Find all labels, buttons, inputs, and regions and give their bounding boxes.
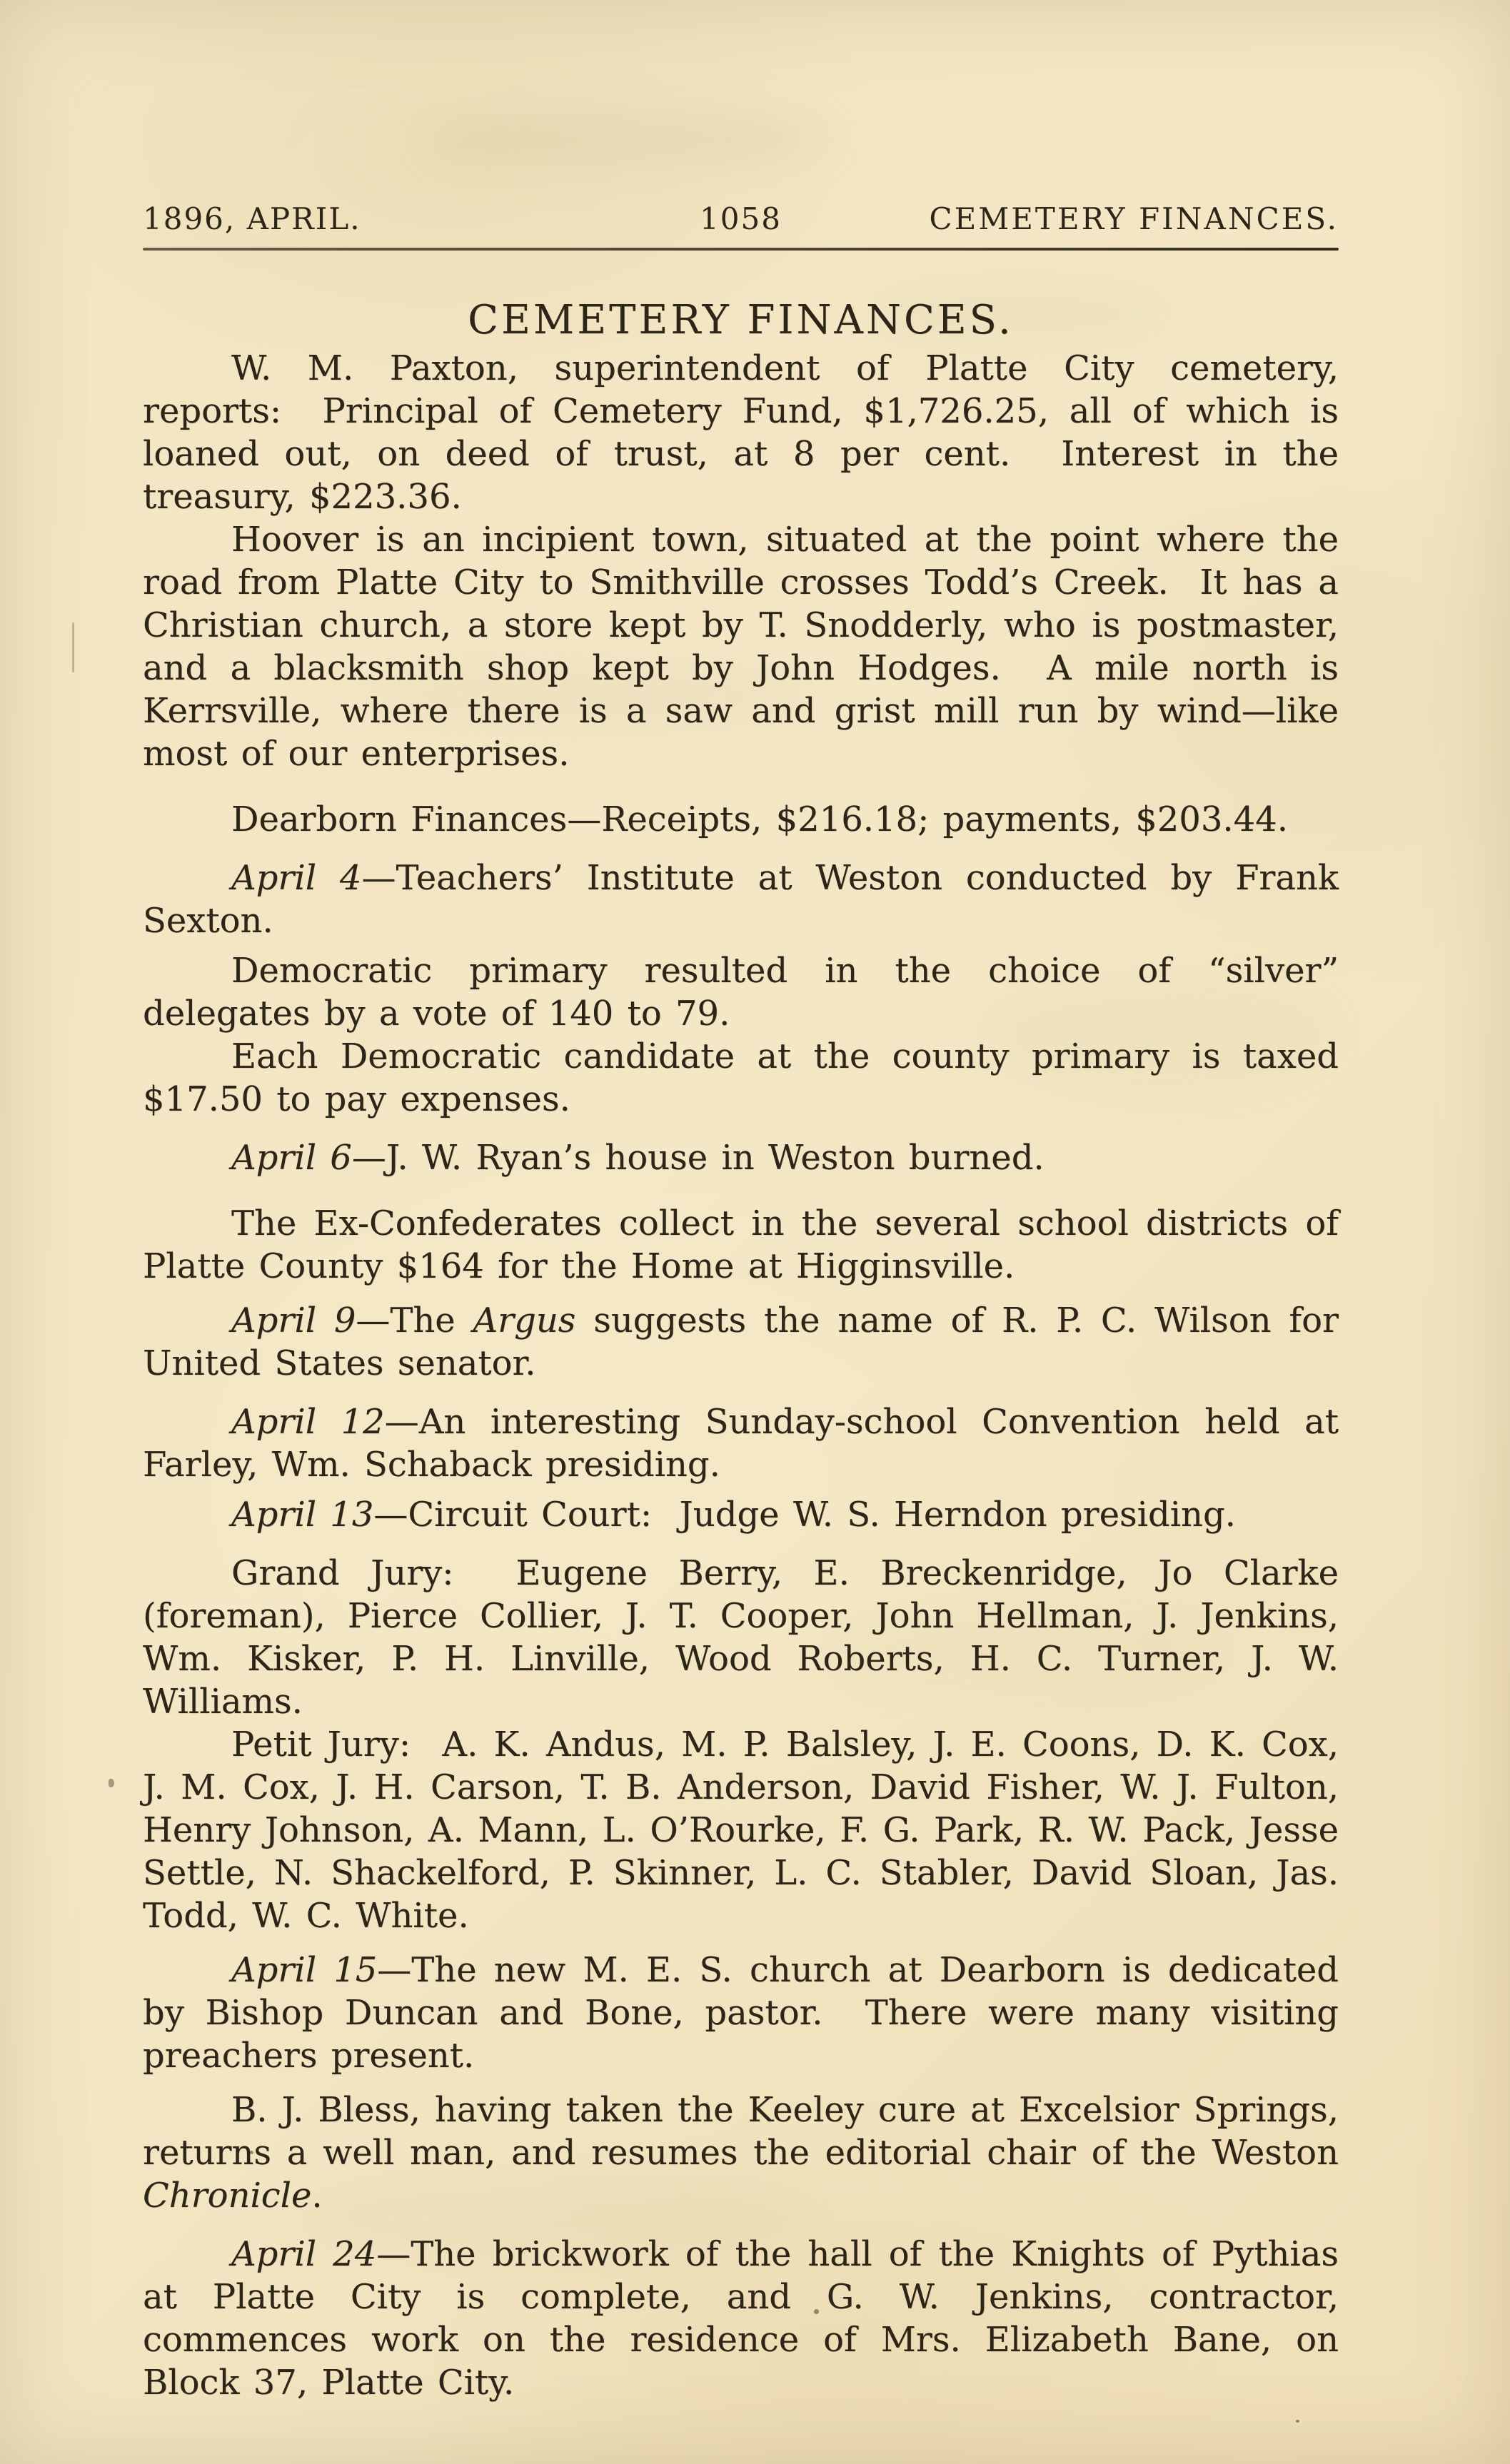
paragraph-grand-jury: Grand Jury: Eugene Berry, E. Breckenridg… — [143, 1552, 1339, 1723]
body-text: Democratic primary resulted in the choic… — [143, 951, 1339, 1034]
scanned-book-page: 1896, APRIL. 1058 CEMETERY FINANCES. CEM… — [0, 0, 1510, 2464]
italic-text: Chronicle — [143, 2176, 311, 2216]
paper-speck — [1296, 2420, 1299, 2423]
paragraph-candidate-tax: Each Democratic candidate at the county … — [143, 1035, 1339, 1121]
body-text: Dearborn Finances—Receipts, $216.18; pay… — [231, 799, 1288, 839]
paragraph-paxton-report: W. M. Paxton, superintendent of Platte C… — [143, 347, 1339, 518]
body-text: W. M. Paxton, superintendent of Platte C… — [143, 348, 1339, 517]
paragraph-april-12: April 12—An interesting Sunday-school Co… — [143, 1400, 1339, 1486]
italic-text: April 4 — [231, 858, 361, 898]
italic-text: April 24 — [231, 2234, 376, 2274]
paper-speck — [109, 1779, 114, 1787]
italic-text: April 13 — [231, 1495, 373, 1535]
body-text: . — [311, 2176, 322, 2216]
body-text: Grand Jury: Eugene Berry, E. Breckenridg… — [143, 1553, 1339, 1722]
body-text: —The — [356, 1301, 473, 1340]
page-body: W. M. Paxton, superintendent of Platte C… — [143, 347, 1339, 2404]
paragraph-bless-keeley: B. J. Bless, having taken the Keeley cur… — [143, 2089, 1339, 2217]
paragraph-petit-jury: Petit Jury: A. K. Andus, M. P. Balsley, … — [143, 1723, 1339, 1937]
body-text: —J. W. Ryan’s house in Weston burned. — [352, 1138, 1045, 1178]
paragraph-democratic-primary: Democratic primary resulted in the choic… — [143, 949, 1339, 1035]
paragraph-ex-confederates: The Ex-Confederates collect in the sever… — [143, 1202, 1339, 1288]
italic-text: April 15 — [231, 1950, 377, 1990]
paragraph-april-13: April 13—Circuit Court: Judge W. S. Hern… — [143, 1493, 1339, 1536]
paragraph-april-24: April 24—The brickwork of the hall of th… — [143, 2233, 1339, 2404]
italic-text: April 6 — [231, 1138, 352, 1178]
paragraph-april-9: April 9—The Argus suggests the name of R… — [143, 1299, 1339, 1385]
body-text: —Circuit Court: Judge W. S. Herndon pres… — [373, 1495, 1236, 1535]
paper-scratch — [72, 622, 74, 672]
paragraph-april-6: April 6—J. W. Ryan’s house in Weston bur… — [143, 1136, 1339, 1179]
body-text: The Ex-Confederates collect in the sever… — [143, 1203, 1339, 1286]
italic-text: April 9 — [231, 1301, 356, 1340]
paragraph-april-15: April 15—The new M. E. S. church at Dear… — [143, 1949, 1339, 2077]
body-text: B. J. Bless, having taken the Keeley cur… — [143, 2090, 1339, 2173]
italic-text: April 12 — [231, 1402, 385, 1442]
body-text: Each Democratic candidate at the county … — [143, 1036, 1339, 1119]
italic-text: Argus — [473, 1301, 576, 1340]
body-text: Hoover is an incipient town, situated at… — [143, 520, 1339, 774]
paragraph-hoover: Hoover is an incipient town, situated at… — [143, 518, 1339, 775]
paragraph-april-4: April 4—Teachers’ Institute at Weston co… — [143, 857, 1339, 942]
text-column: CEMETERY FINANCES. W. M. Paxton, superin… — [143, 0, 1339, 2404]
page-title: CEMETERY FINANCES. — [143, 0, 1339, 343]
paragraph-dearborn-finances: Dearborn Finances—Receipts, $216.18; pay… — [143, 798, 1339, 841]
body-text: Petit Jury: A. K. Andus, M. P. Balsley, … — [143, 1725, 1339, 1936]
